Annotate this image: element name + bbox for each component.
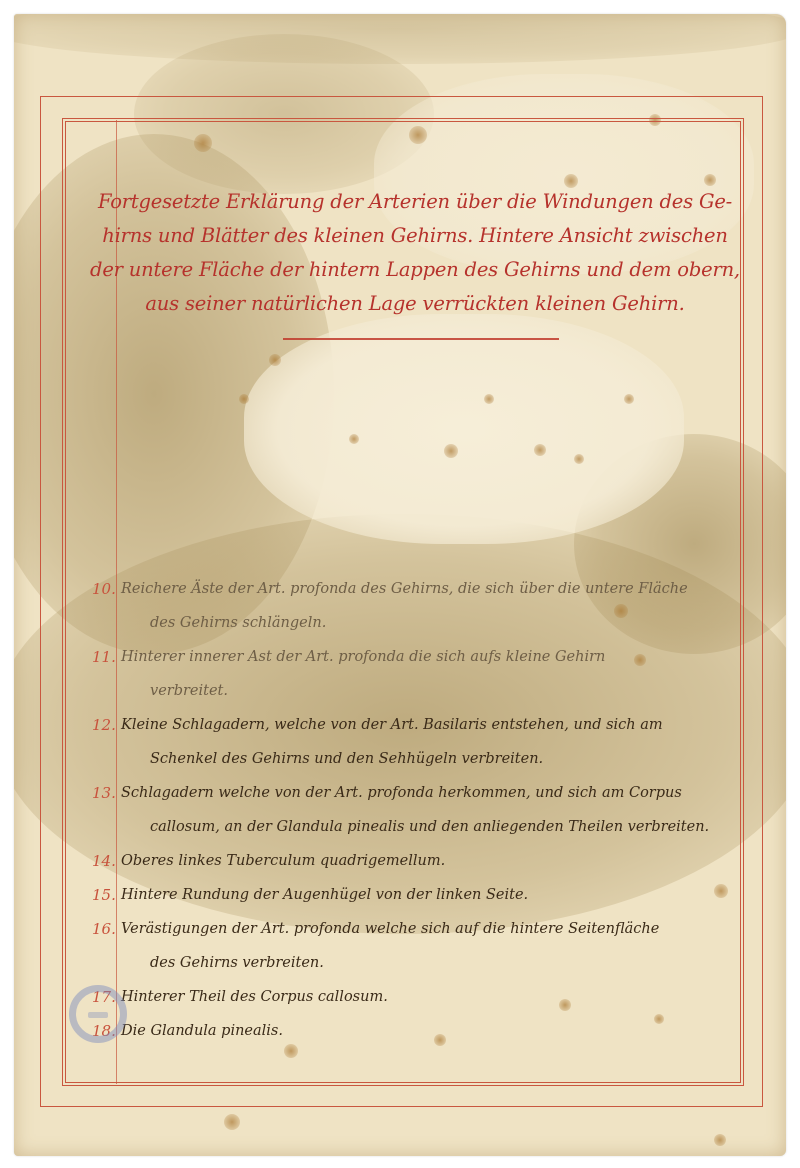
entry-text: Die Glandula pinealis.: [84, 1014, 744, 1048]
entry-text: Kleine Schlagadern, welche von der Art. …: [84, 708, 744, 742]
page-title: Fortgesetzte Erklärung der Arterien über…: [90, 185, 740, 321]
legend-entry-10: 10. Reichere Äste der Art. profonda des …: [84, 572, 744, 640]
legend-entry-16: 16. Verästigungen der Art. profonda welc…: [84, 912, 744, 980]
legend-entry-17: 17. Hinterer Theil des Corpus callosum.: [84, 980, 744, 1014]
legend-entry-15: 15. Hintere Rundung der Augenhügel von d…: [84, 878, 744, 912]
water-stain: [14, 14, 786, 64]
legend-entries: 10. Reichere Äste der Art. profonda des …: [84, 572, 744, 1048]
entry-number: 14.: [92, 844, 120, 878]
entry-text-continued: des Gehirns schlängeln.: [84, 606, 744, 640]
legend-entry-14: 14. Oberes linkes Tuberculum quadrigemel…: [84, 844, 744, 878]
title-line: Fortgesetzte Erklärung der Arterien über…: [90, 185, 740, 219]
entry-number: 16.: [92, 912, 120, 946]
legend-entry-12: 12. Kleine Schlagadern, welche von der A…: [84, 708, 744, 776]
foxing-spot: [714, 1134, 726, 1146]
entry-text: Hinterer innerer Ast der Art. profonda d…: [84, 640, 744, 674]
entry-text: Schlagadern welche von der Art. profonda…: [84, 776, 744, 810]
title-line: hirns und Blätter des kleinen Gehirns. H…: [90, 219, 740, 253]
entry-number: 11.: [92, 640, 120, 674]
entry-text: Hinterer Theil des Corpus callosum.: [84, 980, 744, 1014]
entry-text: Verästigungen der Art. profonda welche s…: [84, 912, 744, 946]
entry-text: Hintere Rundung der Augenhügel von der l…: [84, 878, 744, 912]
legend-entry-18: 18. Die Glandula pinealis.: [84, 1014, 744, 1048]
entry-text: Reichere Äste der Art. profonda des Gehi…: [84, 572, 744, 606]
entry-text-continued: callosum, an der Glandula pinealis und d…: [84, 810, 744, 844]
foxing-spot: [224, 1114, 240, 1130]
entry-text-continued: Schenkel des Gehirns und den Sehhügeln v…: [84, 742, 744, 776]
entry-text-continued: des Gehirns verbreiten.: [84, 946, 744, 980]
title-line: der untere Fläche der hintern Lappen des…: [90, 253, 740, 287]
entry-number: 15.: [92, 878, 120, 912]
title-line: aus seiner natürlichen Lage verrückten k…: [90, 287, 740, 321]
entry-text: Oberes linkes Tuberculum quadrigemellum.: [84, 844, 744, 878]
entry-number: 10.: [92, 572, 120, 606]
entry-number: 12.: [92, 708, 120, 742]
entry-text-continued: verbreitet.: [84, 674, 744, 708]
legend-entry-11: 11. Hinterer innerer Ast der Art. profon…: [84, 640, 744, 708]
library-stamp-text: [88, 1012, 108, 1018]
title-underline: [283, 338, 559, 340]
legend-entry-13: 13. Schlagadern welche von der Art. prof…: [84, 776, 744, 844]
entry-number: 13.: [92, 776, 120, 810]
